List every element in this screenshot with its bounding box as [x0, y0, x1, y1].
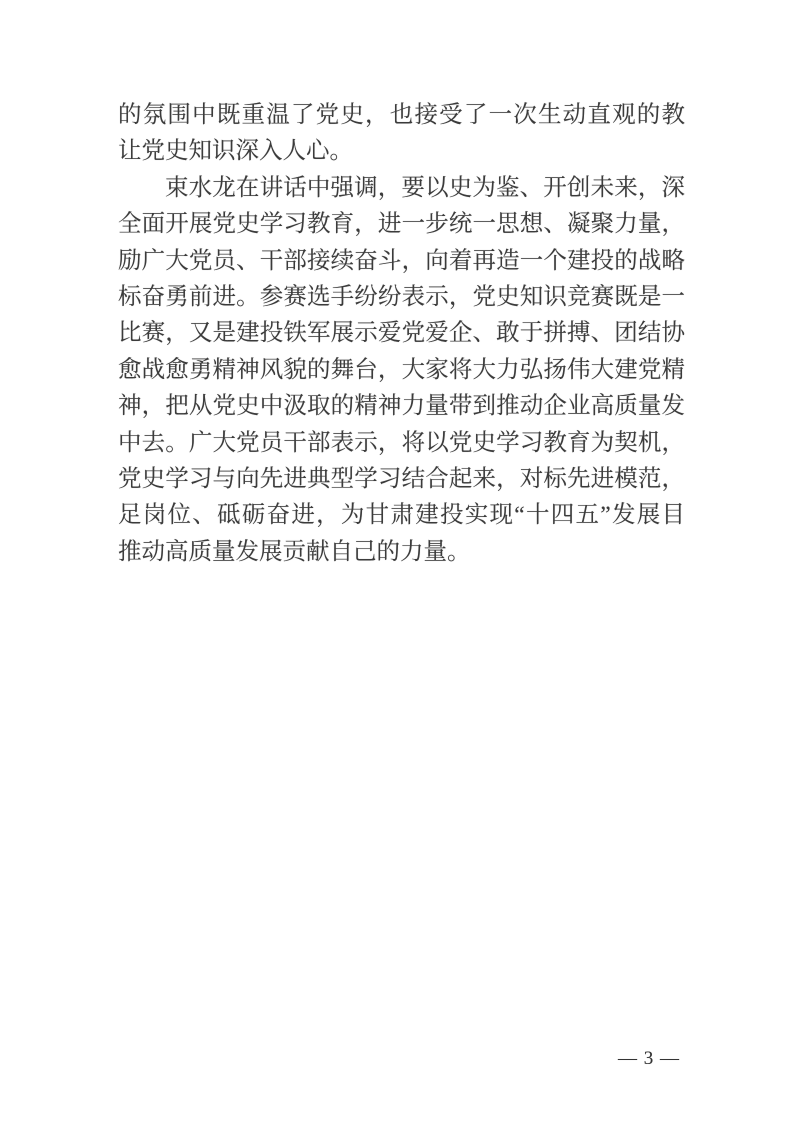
text-line: 愈战愈勇精神风貌的舞台，大家将大力弘扬伟大建党精: [118, 352, 685, 388]
page-number: — 3 —: [618, 1048, 680, 1070]
text-line: 束水龙在讲话中强调，要以史为鉴、开创未来，深入: [118, 170, 685, 206]
document-body: 的氛围中既重温了党史，也接受了一次生动直观的教育，让党史知识深入人心。束水龙在讲…: [118, 97, 685, 570]
text-line: 的氛围中既重温了党史，也接受了一次生动直观的教育，: [118, 97, 685, 133]
text-line: 神，把从党史中汲取的精神力量带到推动企业高质量发展: [118, 388, 685, 424]
text-line: 中去。广大党员干部表示，将以党史学习教育为契机，把: [118, 425, 685, 461]
text-line: 比赛，又是建投铁军展示爱党爱企、敢于拼搏、团结协作、: [118, 315, 685, 351]
text-line: 全面开展党史学习教育，进一步统一思想、凝聚力量，激: [118, 206, 685, 242]
text-line: 励广大党员、干部接续奋斗，向着再造一个建投的战略目: [118, 243, 685, 279]
text-line: 党史学习与向先进典型学习结合起来，对标先进模范，立: [118, 461, 685, 497]
text-line: 推动高质量发展贡献自己的力量。: [118, 534, 685, 570]
text-line: 标奋勇前进。参赛选手纷纷表示，党史知识竞赛既是一场: [118, 279, 685, 315]
text-line: 足岗位、砥砺奋进，为甘肃建投实现“十四五”发展目标，: [118, 497, 685, 533]
text-line: 让党史知识深入人心。: [118, 133, 685, 169]
document-page: 的氛围中既重温了党史，也接受了一次生动直观的教育，让党史知识深入人心。束水龙在讲…: [0, 0, 800, 1131]
